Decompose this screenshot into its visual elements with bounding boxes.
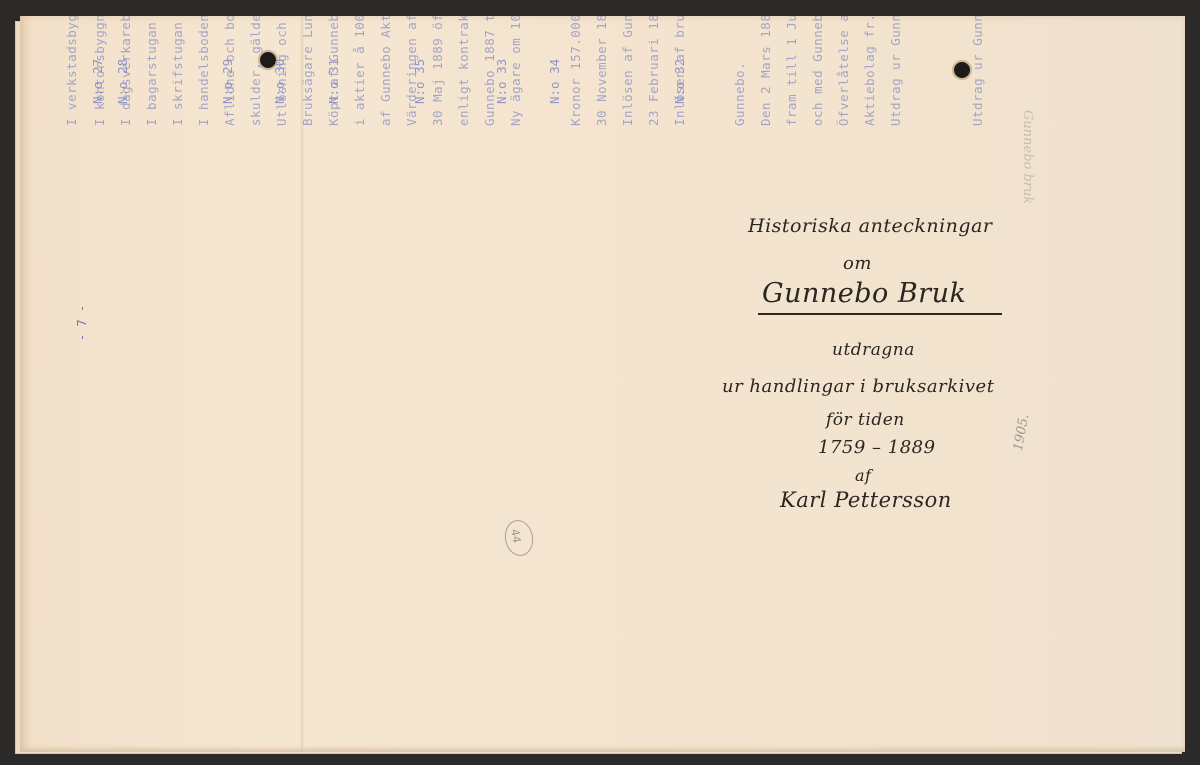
bleed-line: Bruksägare Lundberg till Gunnebo Bruk 18…	[300, 16, 315, 126]
bleed-line: Köpt af Gunnebo Bruk till 300.000 Kr. oc…	[326, 16, 341, 126]
title-line-handlingar: ur handlingar i bruksarkivet	[722, 376, 994, 397]
bleed-line: I handelsboden 14 st.	[196, 16, 211, 126]
bleed-line: och med Gunnebo Bruk för 30.000 Kr.	[810, 16, 825, 126]
bleed-line: skulder, gälder och fordringar i kassan …	[248, 16, 263, 126]
bleed-line: I verkstadsbyggnaden 2 st. kaminer.	[64, 16, 79, 126]
title-line-historiska: Historiska anteckningar	[748, 215, 992, 237]
bleed-line: fram till 1 Juli 1886 med 1.070.000 Kr.	[784, 16, 799, 126]
title-line-utdragna: utdragna	[832, 340, 915, 360]
bleed-line: Värderingen af Gunnebo Bruk inräknad med…	[404, 16, 419, 126]
bleed-line: Inlösen af bruk efter 1872 Kr. 130.000 K…	[672, 16, 687, 126]
title-underline	[758, 313, 1002, 315]
bleed-line: Kronor 157.000 Kr.	[568, 16, 583, 126]
title-author: Karl Pettersson	[780, 488, 952, 512]
bleed-line: Ny ägare om 103.515 av 1889 uppgifter.	[508, 16, 523, 126]
bleed-line: 30 November 1870 köpte Gunnebo till Dahl…	[594, 16, 609, 126]
bleed-through-text: - 7 - N:o 27 N:o 28 N:o 29 N:o 30 N:o 31…	[20, 16, 1185, 752]
bleed-line: Inlösen af Gunnebo Bruk till 70.000 Kr. …	[620, 16, 635, 126]
bleed-line: Den 2 Mars 1881 utarrenderades Gunnebo B…	[758, 16, 773, 126]
pencil-edge-note: Gunnebo bruk	[1020, 110, 1035, 204]
bleed-line: I bagarstugan 8 st.	[144, 16, 159, 126]
bleed-line: Utdrag ur Gunnebo Bruks räkenskaper 3 Se…	[888, 16, 903, 126]
bleed-line: Aflidne och bortflyttade mästare, gesäll…	[222, 16, 237, 126]
bleed-line: Aktiebolag fr. o. m. 1 Jan. 1889.	[862, 16, 877, 126]
bleed-line: Gunnebo 1887 tillträdt den 1 april 1887.	[482, 16, 497, 126]
bleed-line: I dagsverkarebostaden 1 st.	[118, 16, 133, 126]
bleed-line: Utdrag ur Gunnebo Kassan Karl Pettersson…	[970, 16, 985, 126]
title-line-om: om	[843, 253, 872, 274]
bleed-line: i aktier å 1000 Kr. och 200 aktier för	[352, 16, 367, 126]
entry-label: N:o 34	[547, 59, 562, 104]
title-years: 1759 – 1889	[818, 437, 936, 458]
bleed-line: Öfverlåtelse af Gunnebo Bruk 1889 till G…	[836, 16, 851, 126]
title-line-af: af	[855, 466, 871, 485]
title-gunnebo-bruk: Gunnebo Bruk	[762, 278, 966, 309]
bleed-line: I kontorsbyggnaden 1 st.	[92, 16, 107, 126]
bleed-line: 23 Februari 1872 försåldes dessa bruk 1 …	[646, 16, 661, 126]
bleed-line: enligt kontrakt mellan Gunnebo Bruk och	[456, 16, 471, 126]
bleed-line: Gunnebo.	[732, 62, 747, 126]
bleed-line: I skrifstugan 8 st.	[170, 16, 185, 126]
bleed-line: Utlösning och ut och en hel ar för en sk…	[274, 16, 289, 126]
title-line-for-tiden: för tiden	[826, 410, 905, 430]
bleed-line: af Gunnebo Aktiebolaget 1888 den 29 ...	[378, 16, 393, 126]
bleed-line: 30 Maj 1889 öfverlåts Gunnebo Bruk till.…	[430, 16, 445, 126]
